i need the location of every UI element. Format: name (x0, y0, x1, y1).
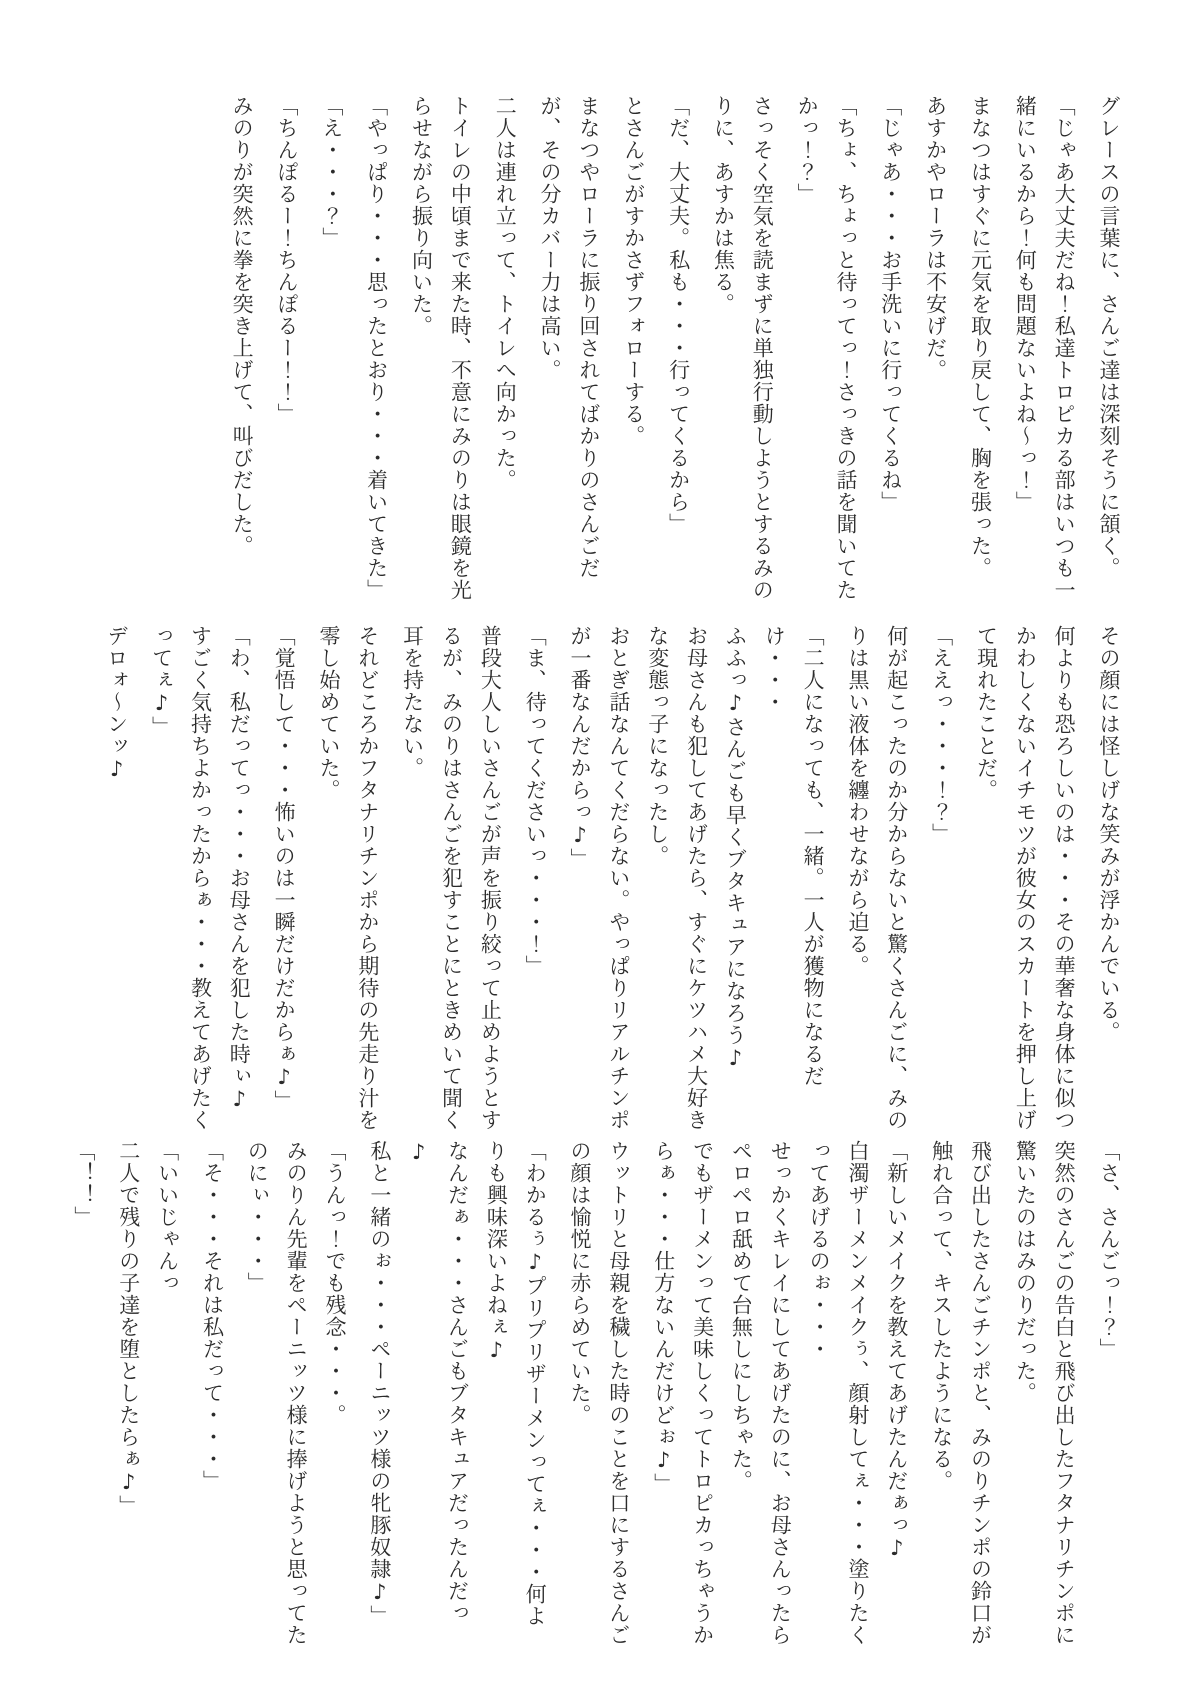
paragraph: 「じゃあ大丈夫だね！私達トロピカる部はいつも一緒にいるから！何も問題ないよね～っ… (1005, 95, 1083, 603)
paragraph: 「え・・・？」 (312, 95, 351, 603)
paragraph: 「だ、大丈夫。私も・・・行ってくるから」 (659, 95, 698, 603)
paragraph: トイレの中頃まで来た時、不意にみのりは眼鏡を光らせながら振り向いた。 (402, 95, 480, 603)
paragraph: 「二人になっても、一緒。一人が獲物になるだけ・・・ ふふっ♪さんごも早くブタキュ… (560, 625, 832, 1133)
paragraph: 「わ、私だってっ・・・お母さんを犯した時ぃ♪ すごく気持ちよかったからぁ・・・教… (142, 625, 259, 1133)
paragraph: 二人は連れ立って、トイレへ向かった。 (485, 95, 524, 603)
paragraph: みのりが突然に拳を突き上げて、叫びだした。 (222, 95, 261, 603)
paragraph: グレースの言葉に、さんご達は深刻そうに頷く。 (1089, 95, 1128, 603)
paragraph: 「そ・・・それは私だって・・・」 (193, 1140, 232, 1648)
paragraph: 突然のさんごの告白と飛び出したフタナリチンポに驚いたのはみのりだった。 (1005, 1140, 1083, 1648)
paragraph: まなつやローラに振り回されてばかりのさんごだが、その分カバー力は高い。 (530, 95, 608, 603)
paragraph: デロォ～ンッ♪ (97, 625, 136, 1133)
paragraph: まなつはすぐに元気を取り戻して、胸を張った。 (961, 95, 1000, 603)
paragraph: 「じゃあ・・・お手洗いに行ってくるね」 (871, 95, 910, 603)
paragraph: ウットリと母親を穢した時のことを口にするさんごの顔は愉悦に赤らめていた。 (560, 1140, 638, 1648)
paragraph: とさんごがすかさずフォローする。 (614, 95, 653, 603)
paragraph: 普段大人しいさんごが声を振り絞って止めようとするが、みのりはさんごを犯すことにと… (393, 625, 510, 1133)
paragraph: 「ま、待ってくださいっ・・・！」 (515, 625, 554, 1133)
paragraph: それどころかフタナリチンポから期待の先走り汁を零し始めていた。 (309, 625, 387, 1133)
paragraph: あすかやローラは不安げだ。 (916, 95, 955, 603)
paragraph: 「ちょ、ちょっと待ってっ！さっきの話を聞いてたかっ！？」 (787, 95, 865, 603)
text-band-middle: その顔には怪しげな笑みが浮かんでいる。何よりも恐ろしいのは・・・その華奢な身体に… (91, 625, 1134, 1133)
paragraph: 「覚悟して・・・怖いのは一瞬だけだからぁ♪」 (264, 625, 303, 1133)
text-band-top: グレースの言葉に、さんご達は深刻そうに頷く。「じゃあ大丈夫だね！私達トロピカる部… (216, 95, 1134, 603)
paragraph: 飛び出したさんごチンポと、みのりチンポの鈴口が触れ合って、キスしたようになる。 (922, 1140, 1000, 1648)
novel-page: グレースの言葉に、さんご達は深刻そうに頷く。「じゃあ大丈夫だね！私達トロピカる部… (0, 0, 1200, 1695)
paragraph: さっそく空気を読まずに単独行動しようとするみのりに、あすかは焦る。 (704, 95, 782, 603)
paragraph: 「わかるぅ♪プリプリザーメンってぇ・・・何よりも興味深いよねぇ♪ なんだぁ・・・… (360, 1140, 554, 1648)
paragraph: 「新しいメイクを教えてあげたんだぁっ♪ 白濁ザーメンメイクぅ、顔射してぇ・・・塗… (644, 1140, 916, 1648)
paragraph: 「！！」 (64, 1140, 103, 1648)
paragraph: 何が起こったのか分からないと驚くさんごに、みのりは黒い液体を纏わせながら迫る。 (838, 625, 916, 1133)
paragraph: 「ええっ・・・！？」 (922, 625, 961, 1133)
paragraph: 「さ、さんごっ！？」 (1089, 1140, 1128, 1648)
paragraph: その顔には怪しげな笑みが浮かんでいる。 (1089, 625, 1128, 1133)
text-band-bottom: 「さ、さんごっ！？」突然のさんごの告白と飛び出したフタナリチンポに驚いたのはみの… (58, 1140, 1134, 1648)
paragraph: 「いいじゃんっ 二人で残りの子達を堕としたらぁ♪」 (109, 1140, 187, 1648)
paragraph: 「うんっ！でも残念・・・。 みのりん先輩をペーニッツ様に捧げようと思ってたのにぃ… (237, 1140, 354, 1648)
paragraph: 「やっぱり・・・思ったとおり・・・着いてきた」 (357, 95, 396, 603)
paragraph: 何よりも恐ろしいのは・・・その華奢な身体に似つかわしくないイチモツが彼女のスカー… (967, 625, 1084, 1133)
paragraph: 「ちんぽるー！ちんぽるー！！」 (267, 95, 306, 603)
